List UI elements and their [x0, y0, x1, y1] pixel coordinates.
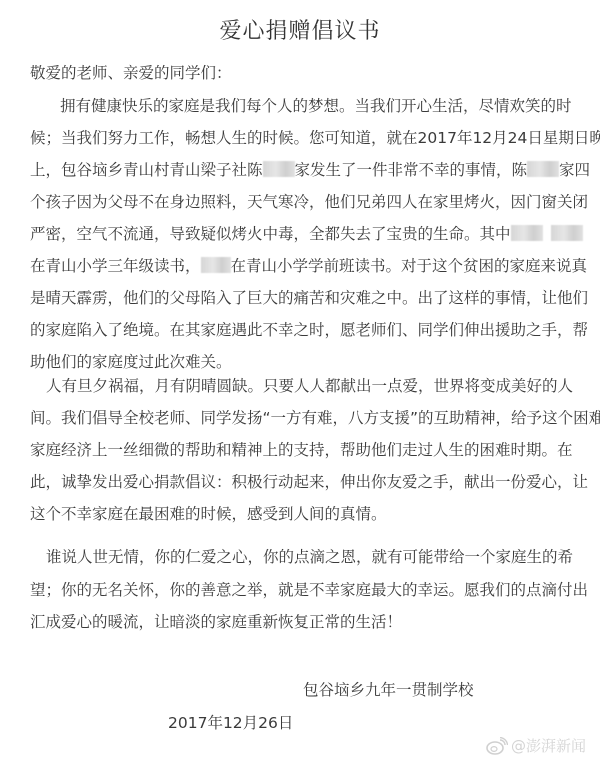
redacted-name [551, 225, 583, 241]
text-segment: 上，包谷垴乡青山村青山梁子社陈 [30, 161, 263, 179]
text-segment: 在青山小学三年级读书， [30, 257, 201, 275]
text-segment: 家四 [559, 161, 590, 179]
paragraph-line: 家庭经济上一丝细微的帮助和精神上的支持，帮助他们走过人生的困难时期。在 [30, 440, 573, 460]
paragraph-line: 望；你的无名关怀，你的善意之举，就是不幸家庭最大的幸运。愿我们的点滴付出 [30, 580, 588, 600]
document-title: 爱心捐赠倡议书 [0, 14, 600, 45]
paragraph-line: 拥有健康快乐的家庭是我们每个人的梦想。当我们开心生活，尽情欢笑的时 [60, 96, 572, 116]
redacted-name [511, 225, 543, 241]
paragraph-line: 候；当我们努力工作，畅想人生的时候。您可知道，就在2017年12月24日星期日晚 [30, 128, 600, 148]
redacted-name [527, 161, 559, 177]
paragraph-line: 的家庭陷入了绝境。在其家庭遇此不幸之时，愿老师们、同学们伸出援助之手，帮 [30, 320, 588, 340]
paragraph-line: 在青山小学三年级读书，在青山小学学前班读书。对于这个贫困的家庭来说真 [30, 256, 587, 276]
paragraph-line: 个孩子因为父母不在身边照料，天气寒冷，他们兄弟四人在家里烤火，因门窗关闭 [30, 192, 588, 212]
text-segment: 在青山小学学前班读书。对于这个贫困的家庭来说真 [231, 257, 588, 275]
text-segment: 家发生了一件非常不幸的事情，陈 [295, 161, 528, 179]
paragraph-line: 助他们的家庭度过此次难关。 [30, 352, 232, 372]
paragraph-line: 间。我们倡导全校老师、同学发扬“一方有难，八方支援”的互助精神，给予这个困难 [30, 408, 600, 428]
paragraph-line: 严密，空气不流通，导致疑似烤火中毒，全都失去了宝贵的生命。其中 [30, 224, 583, 244]
weibo-logo-icon [486, 737, 508, 755]
watermark-text: @澎湃新闻 [511, 735, 586, 756]
salutation: 敬爱的老师、亲爱的同学们： [30, 63, 232, 83]
paragraph-line: 汇成爱心的暖流，让暗淡的家庭重新恢复正常的生活！ [30, 612, 402, 632]
redacted-name [263, 161, 295, 177]
paragraph-line: 谁说人世无情，你的仁爱之心，你的点滴之恩，就有可能带给一个家庭生的希 [46, 547, 573, 567]
paragraph-line: 是晴天霹雳，他们的父母陷入了巨大的痛苦和灾难之中。出了这样的事情，让他们 [30, 288, 588, 308]
date: 2017年12月26日 [168, 711, 293, 733]
paragraph-line: 人有旦夕祸福，月有阴晴圆缺。只要人人都献出一点爱，世界将变成美好的人 [46, 376, 573, 396]
paragraph-line: 此，诚挚发出爱心捐款倡议：积极行动起来，伸出你友爱之手，献出一份爱心，让 [30, 472, 588, 492]
signature: 包谷垴乡九年一贯制学校 [303, 678, 474, 700]
watermark: @澎湃新闻 [486, 735, 586, 756]
redacted-name [201, 257, 231, 273]
text-segment: 严密，空气不流通，导致疑似烤火中毒，全都失去了宝贵的生命。其中 [30, 225, 511, 243]
paragraph-line: 上，包谷垴乡青山村青山梁子社陈家发生了一件非常不幸的事情，陈家四 [30, 160, 590, 180]
paragraph-line: 这个不幸家庭在最困难的时候，感受到人间的真情。 [30, 504, 387, 524]
